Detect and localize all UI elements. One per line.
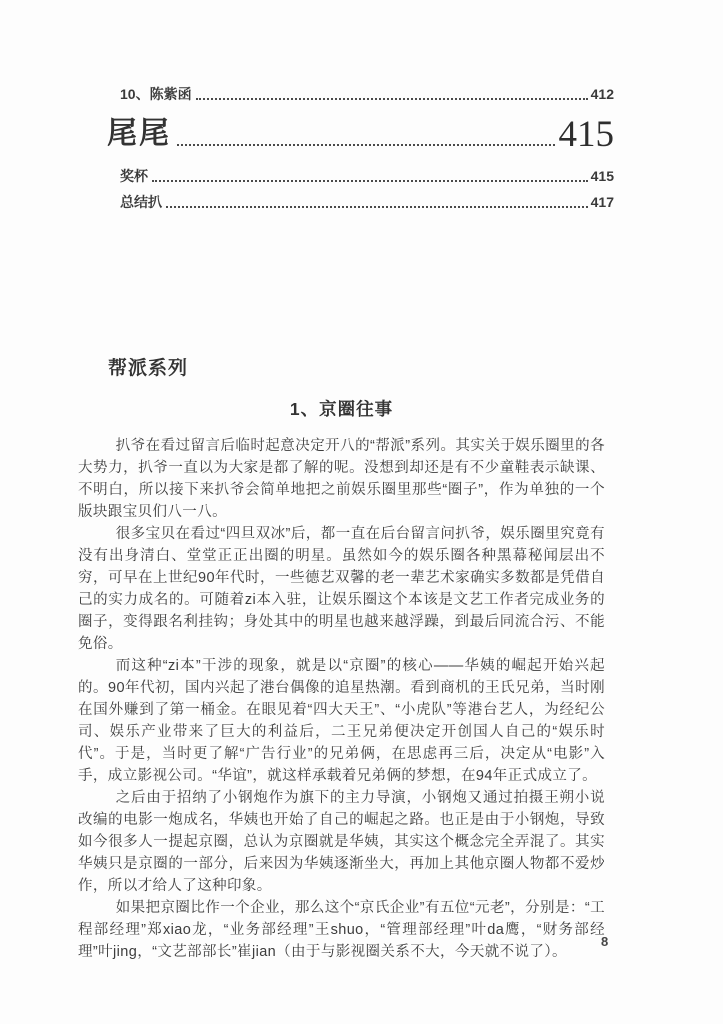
series-title: 帮派系列 [108, 357, 605, 380]
toc-chapter-page: 415 [559, 114, 615, 156]
dot-leader [177, 144, 555, 146]
toc-entry-trophy: 奖杯 415 [107, 166, 614, 186]
dot-leader [166, 206, 588, 208]
article-body: 帮派系列 1、京圈往事 扒爷在看过留言后临时起意决定开八的“帮派”系列。其实关于… [78, 357, 605, 963]
toc-chapter-label: 尾尾 [107, 112, 171, 156]
paragraph-1: 扒爷在看过留言后临时起意决定开八的“帮派”系列。其实关于娱乐圈里的各大势力，扒爷… [78, 435, 605, 523]
page-number: 8 [601, 934, 608, 949]
table-of-contents: 10、陈紫函 412 尾尾 415 奖杯 415 总结扒 417 [107, 84, 614, 212]
document-page: 10、陈紫函 412 尾尾 415 奖杯 415 总结扒 417 帮派系列 1、… [0, 0, 723, 1024]
body-text: 扒爷在看过留言后临时起意决定开八的“帮派”系列。其实关于娱乐圈里的各大势力，扒爷… [78, 435, 605, 963]
paragraph-3: 而这种“zi本”干涉的现象，就是以“京圈”的核心——华姨的崛起开始兴起的。90年… [78, 655, 605, 787]
toc-entry-label: 10、陈紫函 [120, 84, 192, 104]
toc-entry-page: 412 [591, 84, 614, 104]
dot-leader [152, 180, 588, 182]
chapter-title: 1、京圈往事 [78, 398, 605, 420]
toc-entry-page: 417 [591, 192, 614, 212]
paragraph-5: 如果把京圈比作一个企业，那么这个“京氏企业”有五位“元老”，分别是：“工程部经理… [78, 897, 605, 963]
paragraph-2: 很多宝贝在看过“四旦双冰”后，都一直在后台留言问扒爷，娱乐圈里究竟有没有出身清白… [78, 523, 605, 655]
toc-entry-summary: 总结扒 417 [107, 192, 614, 212]
toc-entry-label: 奖杯 [120, 166, 148, 186]
paragraph-4: 之后由于招纳了小钢炮作为旗下的主力导演，小钢炮又通过拍摄王朔小说改编的电影一炮成… [78, 787, 605, 897]
dot-leader [196, 98, 588, 100]
toc-entry-chen-zihan: 10、陈紫函 412 [107, 84, 614, 104]
toc-chapter-weiwei: 尾尾 415 [107, 112, 614, 156]
toc-entry-label: 总结扒 [120, 192, 162, 212]
toc-entry-page: 415 [591, 166, 614, 186]
